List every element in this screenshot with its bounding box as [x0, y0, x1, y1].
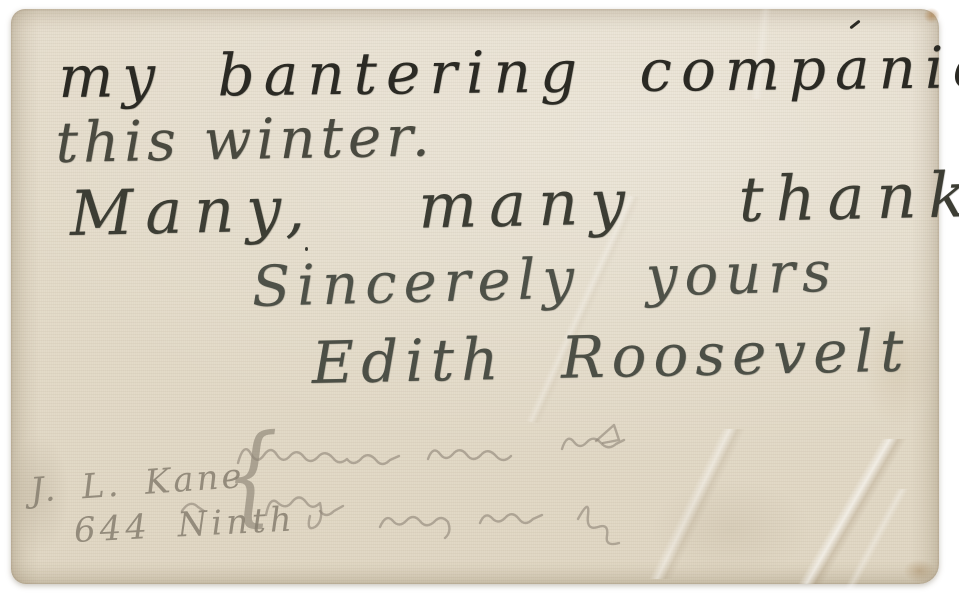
inverted-pencil-scribble-row2 — [182, 498, 619, 545]
pencil-note-name: J. L. Kane — [29, 456, 246, 511]
paper-edge-shading — [11, 9, 939, 584]
ink-speck — [305, 247, 308, 251]
pencil-note-address: 644 Ninth — [73, 499, 297, 551]
paper-crease — [611, 9, 911, 99]
inverted-pencil-scribble-row1 — [238, 425, 624, 464]
paper-stain — [9, 434, 69, 554]
handwriting-line-1: my bantering companions — [58, 32, 959, 111]
photo-background: my bantering companions this winter. Man… — [0, 0, 959, 600]
handwriting-line-4: Sincerely yours — [251, 240, 839, 320]
pencil-brace: { — [223, 421, 281, 531]
paper-stain — [863, 299, 933, 429]
paper-smudge — [651, 479, 811, 579]
corner-stain — [821, 491, 941, 586]
signature-edith-roosevelt: Edith Roosevelt — [311, 316, 911, 397]
paper-crease — [601, 429, 791, 579]
inverted-pencil-scribbles — [180, 415, 740, 565]
handwriting-line-2: this winter. — [55, 104, 435, 176]
paper-crease — [462, 173, 701, 444]
corner-stain — [891, 5, 943, 53]
paper-crease — [751, 439, 951, 584]
ink-flourish-mark — [849, 20, 860, 30]
handwriting-line-3: Many, many thanks — [69, 157, 959, 250]
paper-crease — [801, 489, 951, 589]
postcard: my bantering companions this winter. Man… — [11, 9, 939, 584]
